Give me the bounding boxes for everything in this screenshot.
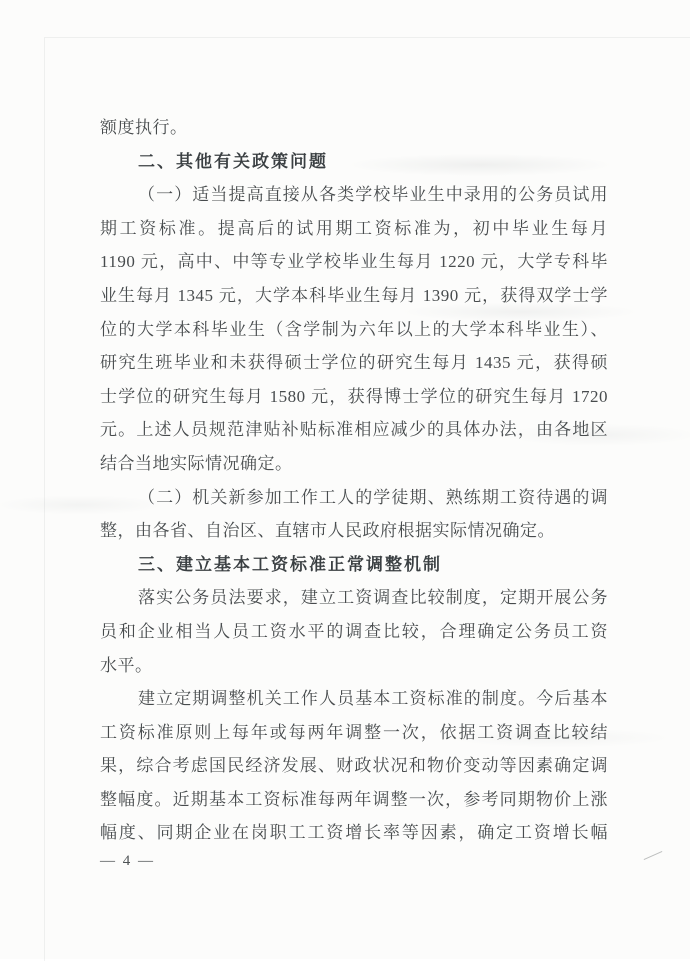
section-heading-2: 二、其他有关政策问题 [100, 145, 608, 179]
document-body: 额度执行。 二、其他有关政策问题 （一）适当提高直接从各类学校毕业生中录用的公务… [100, 111, 608, 850]
body-line: 研究生班毕业和未获得硕士学位的研究生每月 1435 元，获得硕 [100, 346, 608, 380]
body-line: （一）适当提高直接从各类学校毕业生中录用的公务员试用 [100, 178, 608, 212]
body-line: 整幅度。近期基本工资标准每两年调整一次，参考同期物价上涨 [100, 783, 608, 817]
body-line: 水平。 [100, 649, 608, 683]
body-line: 1190 元，高中、中等专业学校毕业生每月 1220 元，大学专科毕 [100, 245, 608, 279]
body-line: 期工资标准。提高后的试用期工资标准为，初中毕业生每月 [100, 212, 608, 246]
body-line: 额度执行。 [100, 111, 608, 145]
section-heading-3: 三、建立基本工资标准正常调整机制 [100, 548, 608, 582]
body-line: 落实公务员法要求，建立工资调查比较制度，定期开展公务 [100, 581, 608, 615]
body-line: 业生每月 1345 元，大学本科毕业生每月 1390 元，获得双学士学 [100, 279, 608, 313]
document-page: 额度执行。 二、其他有关政策问题 （一）适当提高直接从各类学校毕业生中录用的公务… [0, 0, 690, 959]
body-line: （二）机关新参加工作工人的学徒期、熟练期工资待遇的调 [100, 481, 608, 515]
body-line: 果，综合考虑国民经济发展、财政状况和物价变动等因素确定调 [100, 749, 608, 783]
scan-artifact-mark [644, 851, 663, 860]
body-line: 工资标准原则上每年或每两年调整一次，依据工资调查比较结 [100, 716, 608, 750]
page-number: — 4 — [100, 845, 155, 879]
body-line: 位的大学本科毕业生（含学制为六年以上的大学本科毕业生）、 [100, 313, 608, 347]
body-line: 建立定期调整机关工作人员基本工资标准的制度。今后基本 [100, 682, 608, 716]
body-line: 员和企业相当人员工资水平的调查比较，合理确定公务员工资 [100, 615, 608, 649]
body-line: 幅度、同期企业在岗职工工资增长率等因素，确定工资增长幅 [100, 816, 608, 850]
body-line: 士学位的研究生每月 1580 元，获得博士学位的研究生每月 1720 [100, 380, 608, 414]
body-line: 结合当地实际情况确定。 [100, 447, 608, 481]
body-line: 元。上述人员规范津贴补贴标准相应减少的具体办法，由各地区 [100, 413, 608, 447]
body-line: 整，由各省、自治区、直辖市人民政府根据实际情况确定。 [100, 514, 608, 548]
